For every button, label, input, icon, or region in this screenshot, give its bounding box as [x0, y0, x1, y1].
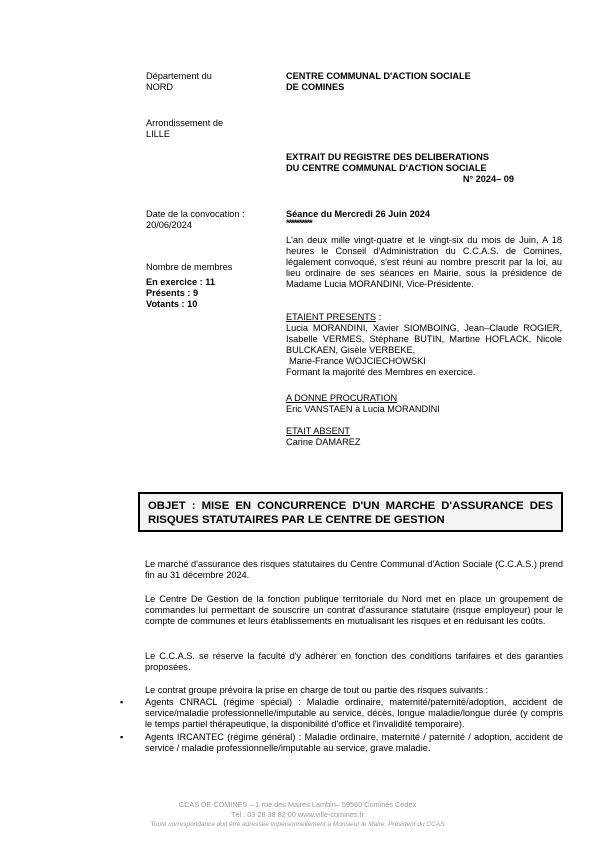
absent-heading: ETAIT ABSENT	[286, 426, 562, 437]
risk-item-text: Agents IRCANTEC (régime général) : Malad…	[145, 732, 563, 753]
footer-address: CCAS DE COMINES – 1 rue des Maires Lambi…	[0, 800, 595, 810]
paragraph-1: Le marché d'assurance des risques statut…	[145, 559, 563, 581]
paragraph-3: Le C.C.A.S. se réserve la faculté d'y ad…	[145, 651, 563, 673]
organisation-title: CENTRE COMMUNAL D'ACTION SOCIALE DE COMI…	[286, 71, 562, 93]
membres-label: Nombre de membres	[146, 262, 232, 273]
presents-majority: Formant la majorité des Membres en exerc…	[286, 367, 562, 378]
organisation-line-1: CENTRE COMMUNAL D'ACTION SOCIALE	[286, 71, 562, 82]
arrondissement-block: Arrondissement de LILLE	[146, 118, 223, 140]
seance-separator: **********	[286, 220, 562, 227]
paragraph-2: Le Centre De Gestion de la fonction publ…	[145, 594, 563, 627]
departement-block: Département du NORD	[146, 71, 212, 93]
bullet-icon: ▪	[120, 732, 123, 743]
seance-title: Séance du Mercredi 26 Juin 2024	[286, 209, 562, 220]
procuration-block: A DONNE PROCURATION Eric VANSTAEN à Luci…	[286, 393, 562, 415]
presents-heading-line: ETAIENT PRESENTS :	[286, 312, 562, 323]
paragraph-4: Le contrat groupe prévoira la prise en c…	[145, 685, 563, 696]
deliberation-number: N° 2024– 09	[286, 174, 562, 185]
bullet-icon: ▪	[120, 697, 123, 708]
extrait-line-1: EXTRAIT DU REGISTRE DES DELIBERATIONS	[286, 152, 562, 163]
arrondissement-value: LILLE	[146, 129, 223, 140]
departement-value: NORD	[146, 82, 212, 93]
footer-notice: Toute correspondance doit être adressée …	[0, 820, 595, 830]
membres-en-exercice: En exercice : 11	[146, 277, 232, 288]
presents-heading-suffix: :	[376, 312, 381, 322]
presents-heading: ETAIENT PRESENTS	[286, 312, 376, 322]
seance-block: Séance du Mercredi 26 Juin 2024 ********…	[286, 209, 562, 290]
objet-text: OBJET : MISE EN CONCURRENCE D'UN MARCHE …	[148, 500, 553, 526]
membres-votants: Votants : 10	[146, 299, 232, 310]
presents-names: Lucia MORANDINI, Xavier SIOMBOING, Jean–…	[286, 323, 562, 356]
extrait-title: EXTRAIT DU REGISTRE DES DELIBERATIONS DU…	[286, 152, 562, 185]
absent-block: ETAIT ABSENT Carine DAMAREZ	[286, 426, 562, 448]
risk-item-ircantec: ▪ Agents IRCANTEC (régime général) : Mal…	[145, 732, 563, 754]
footer-contact: Tél : 03 28 38 82 00 www.ville-comines.f…	[0, 810, 595, 820]
risks-list: ▪ Agents CNRACL (régime spécial) : Malad…	[145, 697, 563, 756]
risk-item-text: Agents CNRACL (régime spécial) : Maladie…	[145, 697, 563, 729]
convocation-date: 20/06/2024	[146, 220, 245, 231]
presents-names-last: Marie-France WOJCIECHOWSKI	[286, 356, 562, 367]
objet-box: OBJET : MISE EN CONCURRENCE D'UN MARCHE …	[138, 492, 563, 532]
membres-block: Nombre de membres En exercice : 11 Prése…	[146, 262, 232, 310]
risk-item-cnracl: ▪ Agents CNRACL (régime spécial) : Malad…	[145, 697, 563, 730]
convocation-label: Date de la convocation :	[146, 209, 245, 220]
absent-value: Carine DAMAREZ	[286, 437, 562, 448]
extrait-line-2: DU CENTRE COMMUNAL D'ACTION SOCIALE	[286, 163, 562, 174]
arrondissement-label: Arrondissement de	[146, 118, 223, 129]
procuration-value: Eric VANSTAEN à Lucia MORANDINI	[286, 404, 562, 415]
departement-label: Département du	[146, 71, 212, 82]
convocation-block: Date de la convocation : 20/06/2024	[146, 209, 245, 231]
membres-presents: Présents : 9	[146, 288, 232, 299]
footer: CCAS DE COMINES – 1 rue des Maires Lambi…	[0, 800, 595, 830]
seance-intro: L'an deux mille vingt-quatre et le vingt…	[286, 235, 562, 290]
organisation-line-2: DE COMINES	[286, 82, 562, 93]
procuration-heading: A DONNE PROCURATION	[286, 393, 562, 404]
presents-block: ETAIENT PRESENTS : Lucia MORANDINI, Xavi…	[286, 312, 562, 378]
